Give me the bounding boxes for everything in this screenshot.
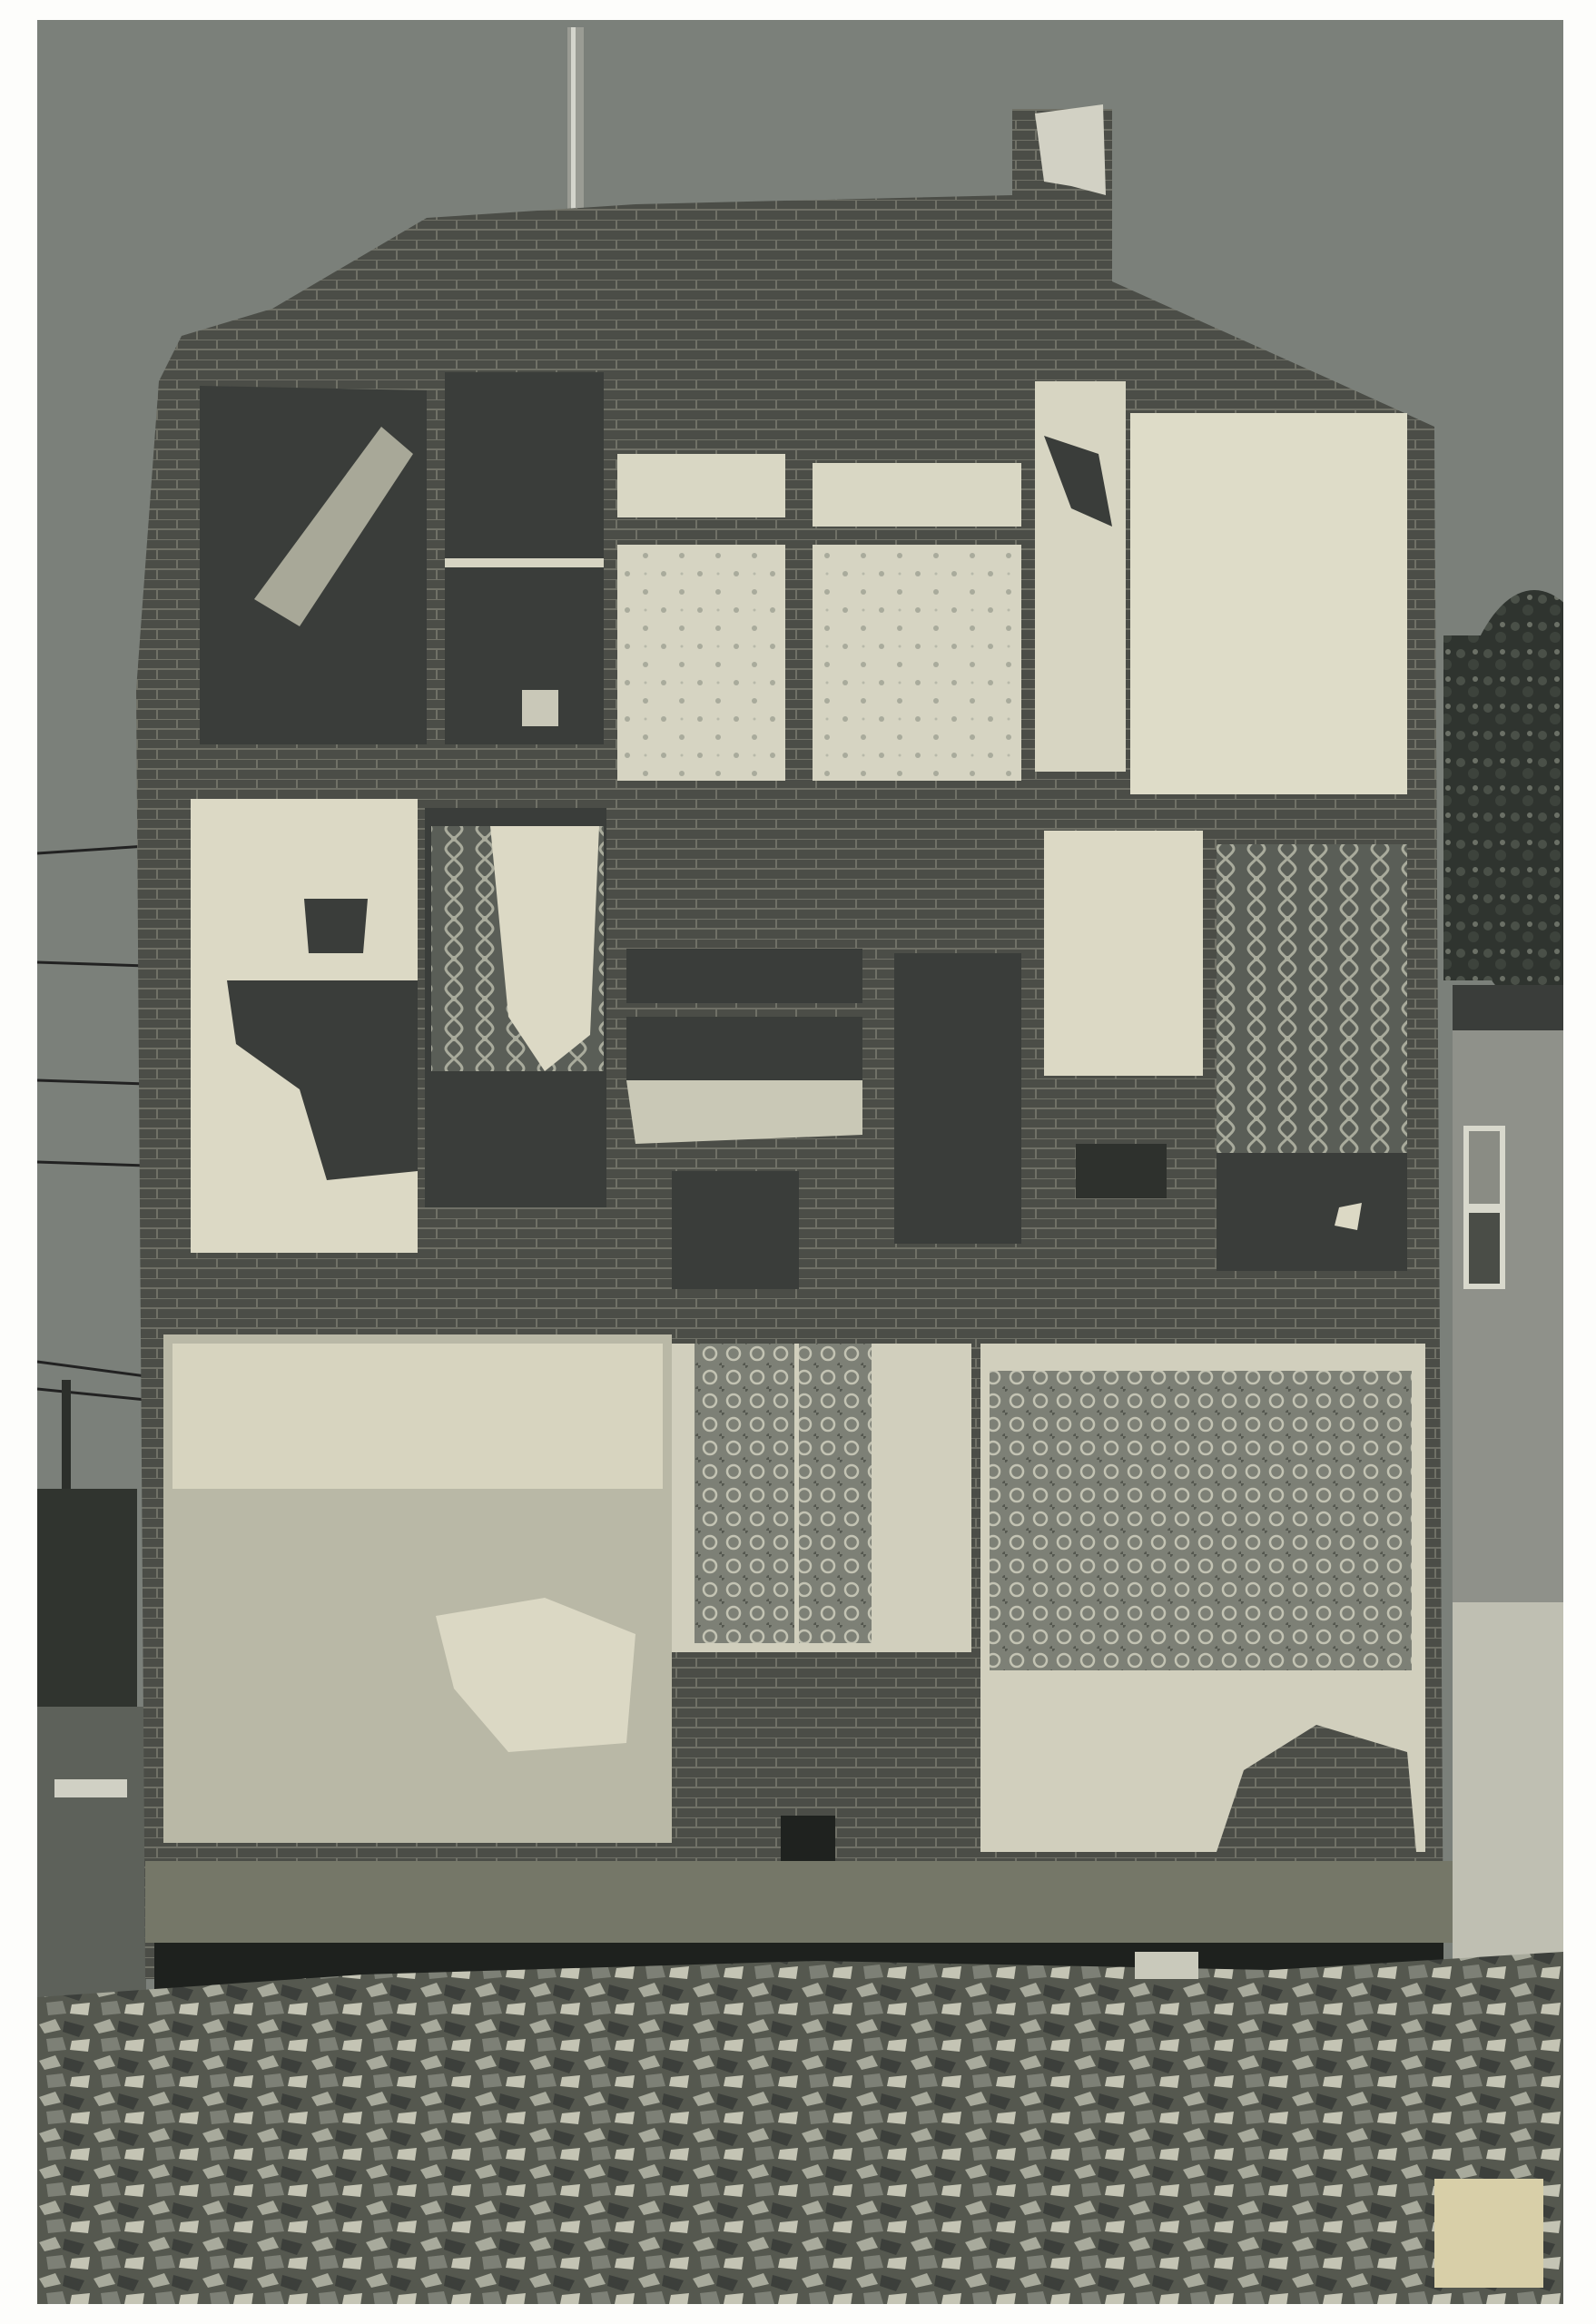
middle-center-lower-panel: [672, 1171, 799, 1289]
middle-right-dark: [1217, 1153, 1407, 1271]
chimney-cap: [1035, 104, 1106, 195]
neighbor-window-pane: [1469, 1131, 1500, 1204]
rubble-foreground: [37, 1952, 1563, 2304]
photograph: Demolished row house wall with exposed w…: [37, 20, 1563, 2304]
middle-right-niche: [1076, 1144, 1167, 1198]
tree-right-lower: [1443, 635, 1563, 980]
lower-right-wallpaper: [990, 1371, 1412, 1670]
neighbor-window-pane: [1469, 1213, 1500, 1284]
lower-left-peeling-top: [172, 1344, 663, 1489]
upper-vent-grate: [522, 690, 558, 726]
middle-right-wallpaper: [1217, 844, 1407, 1153]
upper-trim: [445, 558, 604, 567]
background-railing: [54, 1779, 127, 1797]
middle-center-panel-1: [626, 949, 862, 1003]
upper-center-transom-right: [813, 463, 1021, 527]
background-tree-left: [37, 1489, 137, 1707]
foundation-band: [145, 1861, 1453, 1943]
middle-center-right-panels: [894, 953, 1021, 1244]
rubble-slab: [1135, 1952, 1198, 1979]
middle-center-peel: [626, 1080, 862, 1144]
neighbor-cornice: [1453, 985, 1563, 1030]
neighbor-block-wall: [1453, 1602, 1563, 1965]
upper-center-transom-left: [617, 454, 785, 517]
lower-center-wallpaper-right: [799, 1344, 872, 1643]
rubble-light-chunk: [1434, 2179, 1543, 2288]
middle-center-panel-2: [626, 1017, 862, 1080]
lower-center-wallpaper-left: [695, 1344, 794, 1643]
vent-pipe-highlight: [571, 27, 576, 209]
middle-left-dark-patch: [304, 899, 368, 953]
upper-center-wallpaper-left: [617, 545, 785, 781]
upper-center-wallpaper-right: [813, 545, 1021, 781]
upper-right-room: [1130, 413, 1407, 794]
photo-scene: [37, 20, 1563, 2304]
middle-right-plaster: [1044, 831, 1203, 1076]
